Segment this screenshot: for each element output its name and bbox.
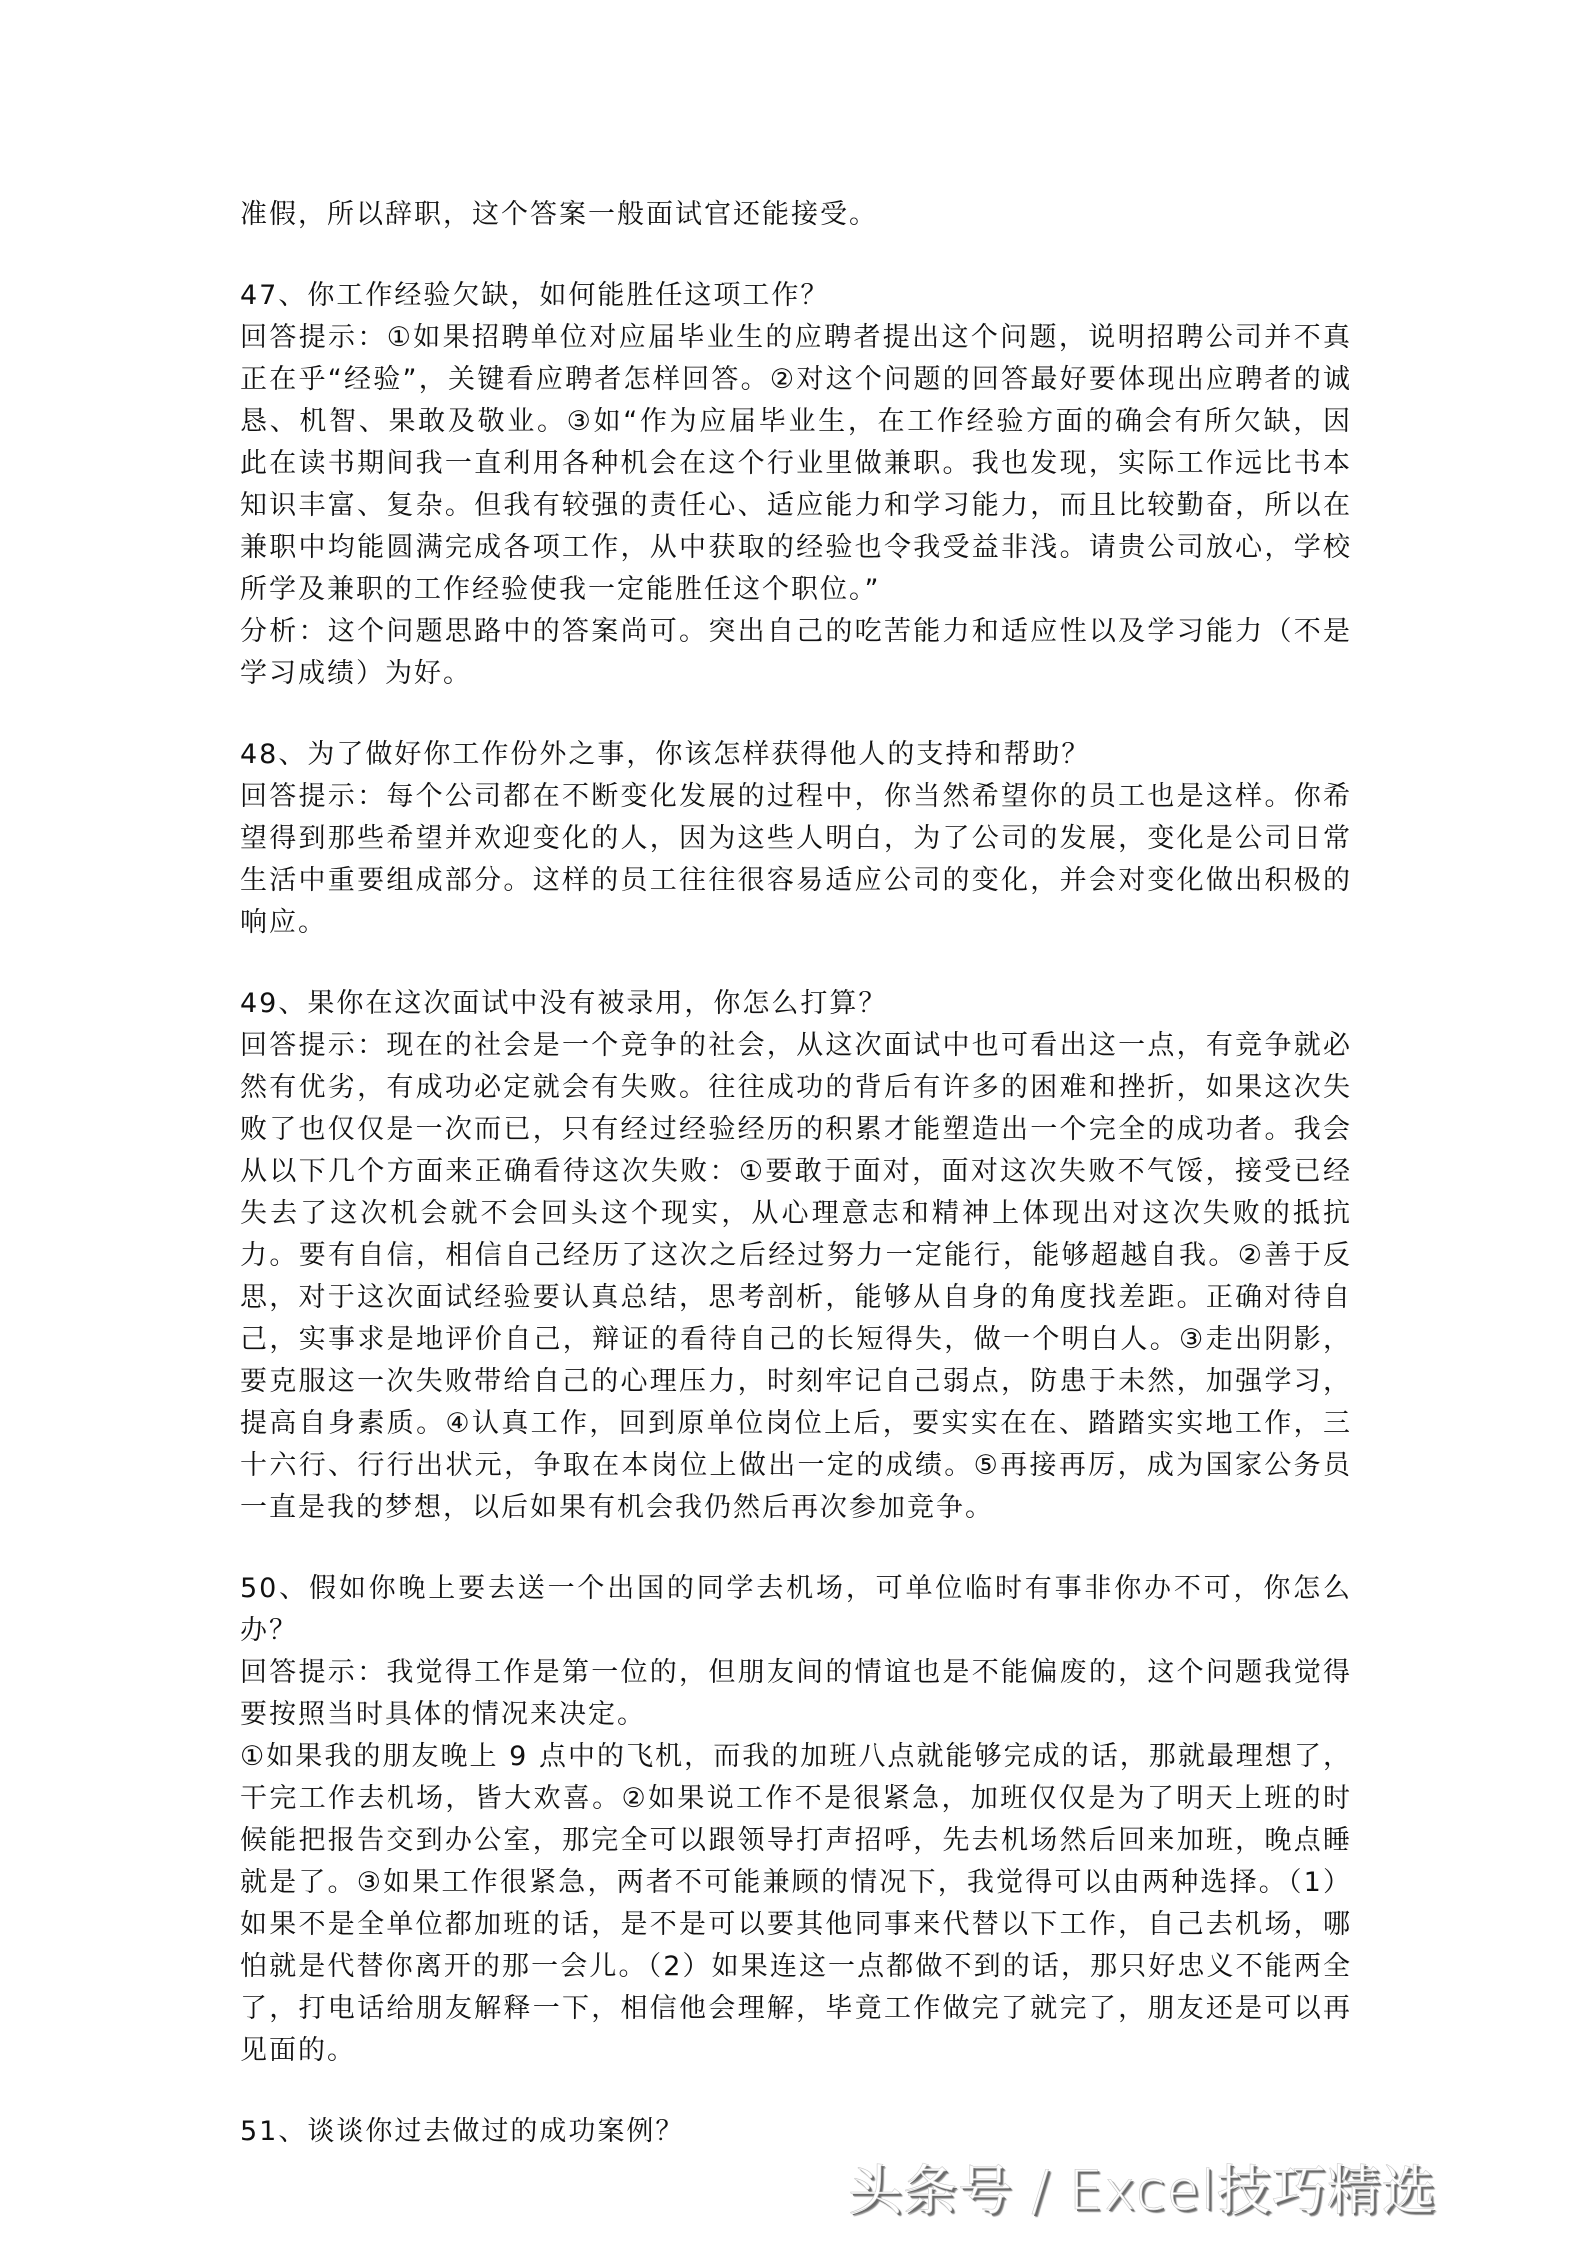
answer-hint: 回答提示：我觉得工作是第一位的，但朋友间的情谊也是不能偏废的，这个问题我觉得要按… [240,1652,1352,1736]
question-50: 50、假如你晚上要去送一个出国的同学去机场，可单位临时有事非你办不可，你怎么办？… [240,1568,1352,2072]
answer-hint: 回答提示：①如果招聘单位对应届毕业生的应聘者提出这个问题，说明招聘公司并不真正在… [240,317,1352,611]
question-48: 48、为了做好你工作份外之事，你该怎样获得他人的支持和帮助？ 回答提示：每个公司… [240,734,1352,944]
question-51: 51、谈谈你过去做过的成功案例？ [240,2111,1352,2153]
analysis: 分析：这个问题思路中的答案尚可。突出自己的吃苦能力和适应性以及学习能力（不是学习… [240,611,1352,695]
question-47: 47、你工作经验欠缺，如何能胜任这项工作？ 回答提示：①如果招聘单位对应届毕业生… [240,275,1352,695]
document-page: 准假，所以辞职，这个答案一般面试官还能接受。 47、你工作经验欠缺，如何能胜任这… [240,194,1352,2153]
answer-hint: 回答提示：现在的社会是一个竞争的社会，从这次面试中也可看出这一点，有竞争就必然有… [240,1025,1352,1529]
answer-hint: 回答提示：每个公司都在不断变化发展的过程中，你当然希望你的员工也是这样。你希望得… [240,776,1352,944]
watermark: 头条号 / Excel技巧精选 [848,2148,1437,2225]
answer-options: ①如果我的朋友晚上 9 点中的飞机，而我的加班八点就能够完成的话，那就最理想了，… [240,1736,1352,2072]
intro-tail-text: 准假，所以辞职，这个答案一般面试官还能接受。 [240,194,1352,236]
question-title: 51、谈谈你过去做过的成功案例？ [240,2111,1352,2153]
question-title: 49、果你在这次面试中没有被录用，你怎么打算？ [240,983,1352,1025]
question-49: 49、果你在这次面试中没有被录用，你怎么打算？ 回答提示：现在的社会是一个竞争的… [240,983,1352,1529]
question-title: 47、你工作经验欠缺，如何能胜任这项工作？ [240,275,1352,317]
question-title: 48、为了做好你工作份外之事，你该怎样获得他人的支持和帮助？ [240,734,1352,776]
question-title: 50、假如你晚上要去送一个出国的同学去机场，可单位临时有事非你办不可，你怎么办？ [240,1568,1352,1652]
